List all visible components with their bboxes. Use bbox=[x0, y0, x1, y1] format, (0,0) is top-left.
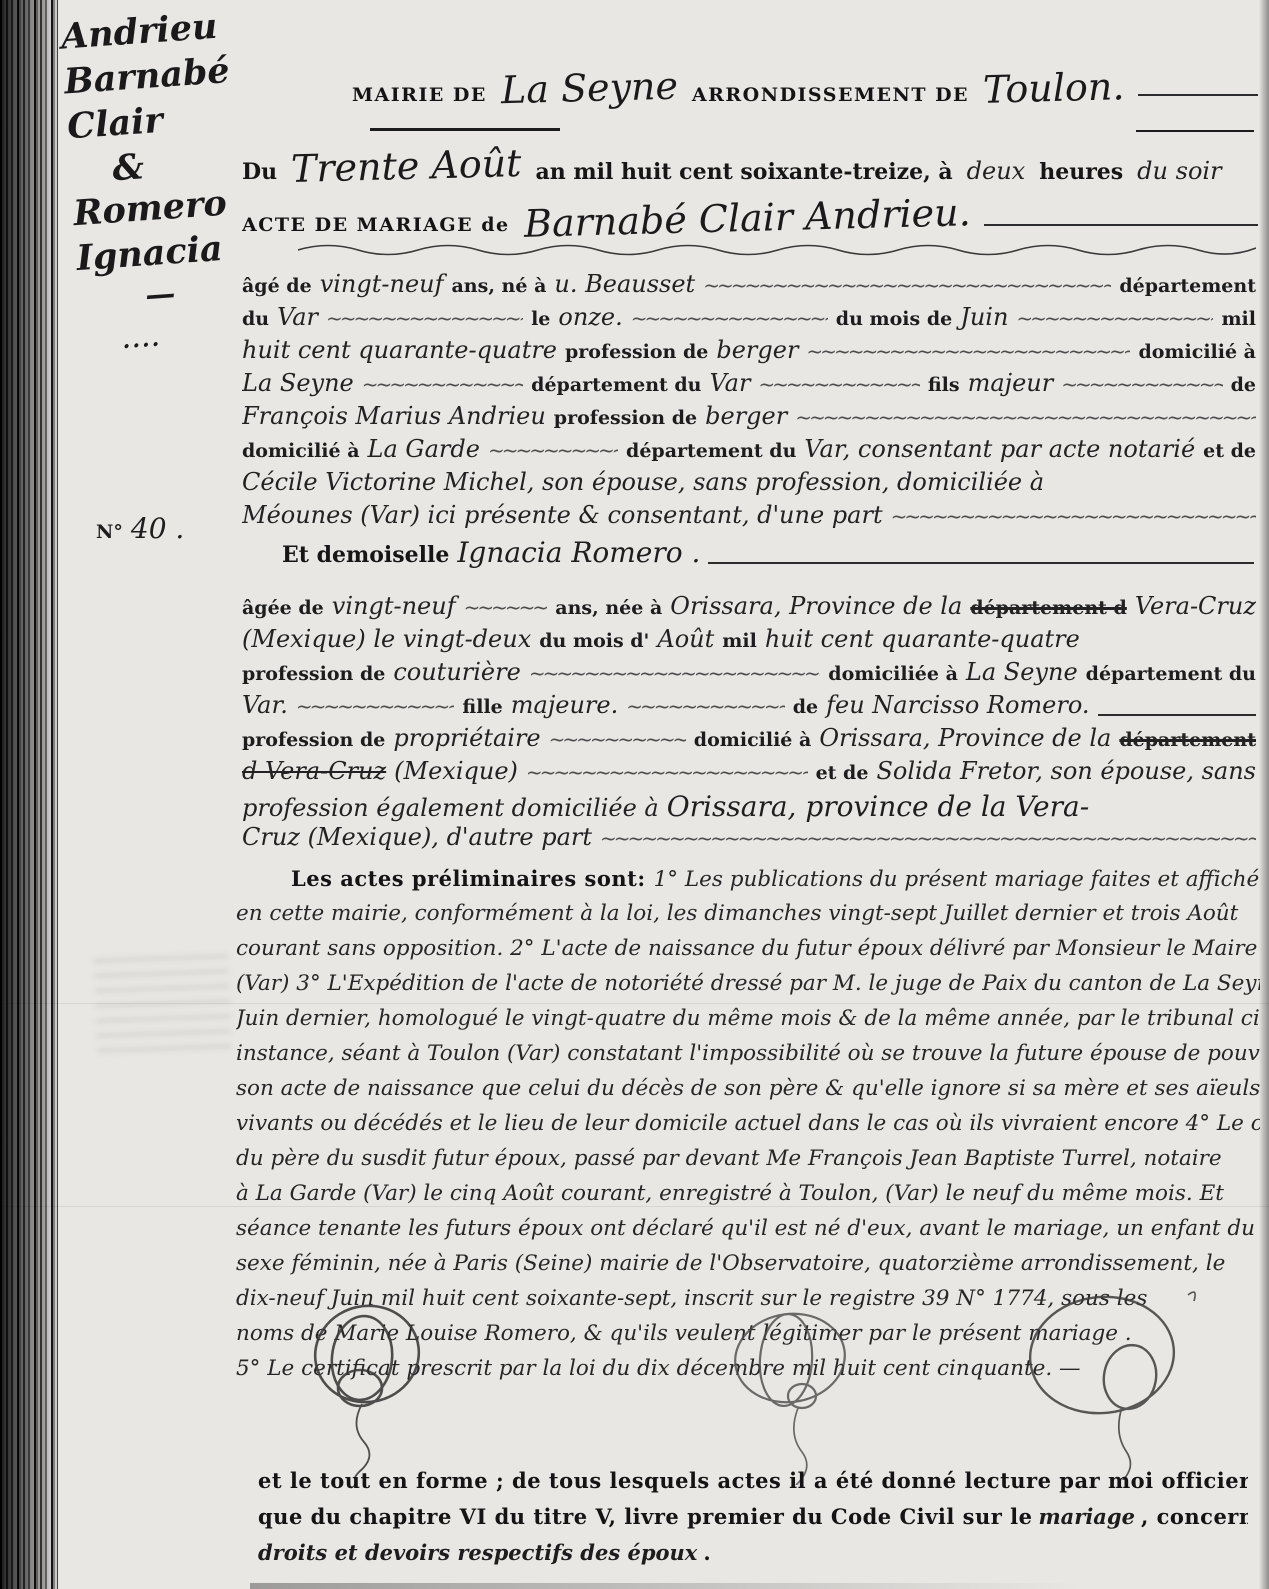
printed-text: fille bbox=[462, 696, 502, 718]
handwritten-text: La Seyne bbox=[242, 369, 354, 397]
handwritten-text: huit cent quarante-quatre bbox=[765, 625, 1080, 653]
text-line: Les actes préliminaires sont:1° Les publ… bbox=[236, 866, 1260, 901]
wavy-filler-line: ~~~~~~~~~~~~~~~~~~~~~~~~~~~~~~~~~~~~~~~~… bbox=[464, 595, 548, 619]
handwritten-text: u. Beausset bbox=[554, 270, 695, 298]
handwritten-text: 1° Les publications du présent mariage f… bbox=[654, 867, 1260, 892]
printed-text: et le tout en forme ; de tous lesquels a… bbox=[258, 1468, 1248, 1493]
handwritten-text: Orissara, Province de la bbox=[670, 592, 962, 620]
printed-label: ARRONDISSEMENT DE bbox=[692, 84, 969, 106]
handwritten-text: (Mexique) le vingt-deux bbox=[242, 625, 531, 653]
handwritten-text-line: en cette mairie, conformément à la loi, … bbox=[236, 901, 1260, 936]
rule-filler-line bbox=[1138, 80, 1258, 96]
scan-artifact-bottom bbox=[250, 1583, 1080, 1589]
wavy-filler-line: ~~~~~~~~~~~~~~~~~~~~~~~~~~~~~~~~~~~~~~~~… bbox=[795, 405, 1256, 429]
handwritten-text: (Mexique) bbox=[394, 757, 518, 785]
handwritten-text-line: vivants ou décédés et le lieu de leur do… bbox=[236, 1111, 1260, 1146]
wavy-filler-line: ~~~~~~~~~~~~~~~~~~~~~~~~~~~~~~~~~~~~~~~~… bbox=[296, 694, 455, 718]
printed-text: et de bbox=[816, 762, 869, 784]
handwritten-text: Trente Août bbox=[291, 144, 522, 188]
page-right-edge bbox=[1259, 0, 1269, 1589]
printed-text: , concernant bbox=[1141, 1504, 1248, 1529]
wavy-filler-line: ~~~~~~~~~~~~~~~~~~~~~~~~~~~~~~~~~~~~~~~~… bbox=[529, 661, 820, 685]
handwritten-text: La Seyne bbox=[500, 66, 678, 110]
text-line: que du chapitre VI du titre V, livre pre… bbox=[258, 1504, 1248, 1540]
handwritten-text: vingt-neuf bbox=[332, 592, 456, 620]
printed-text: du mois d' bbox=[539, 630, 649, 652]
handwritten-text: Solida Fretor, son épouse, sans bbox=[876, 757, 1256, 785]
text-line: profession également domiciliée àOrissar… bbox=[242, 790, 1256, 823]
header-date-line: DuTrente Aoûtan mil huit cent soixante-t… bbox=[242, 144, 1269, 188]
wavy-filler-line: ~~~~~~~~~~~~~~~~~~~~~~~~~~~~~~~~~~~~~~~~… bbox=[703, 273, 1111, 297]
printed-text: fils bbox=[928, 374, 960, 396]
printed-text: département du bbox=[1086, 663, 1256, 685]
text-line: âgé devingt-neufans, né àu. Beausset~~~~… bbox=[242, 270, 1256, 303]
handwritten-text: huit cent quarante-quatre bbox=[242, 336, 557, 364]
handwritten-text: La Garde bbox=[368, 435, 480, 463]
handwritten-text: Cécile Victorine Michel, son épouse, san… bbox=[242, 468, 1044, 496]
handwritten-text: Var, consentant par acte notarié bbox=[804, 435, 1195, 463]
text-line: duVar~~~~~~~~~~~~~~~~~~~~~~~~~~~~~~~~~~~… bbox=[242, 303, 1256, 336]
handwritten-text: Cruz (Mexique), d'autre part bbox=[242, 823, 592, 851]
handwritten-text: Ignacia Romero . bbox=[457, 536, 700, 569]
printed-text: du mois de bbox=[836, 308, 952, 330]
wavy-filler-line: ~~~~~~~~~~~~~~~~~~~~~~~~~~~~~~~~~~~~~~~~… bbox=[326, 306, 523, 330]
text-line: profession depropriétaire~~~~~~~~~~~~~~~… bbox=[242, 724, 1256, 757]
text-line: droits et devoirs respectifs des époux. bbox=[258, 1540, 1248, 1576]
handwritten-text: profession également domiciliée à bbox=[242, 794, 659, 822]
printed-text: N° bbox=[96, 521, 123, 543]
handwritten-text: Barnabé Clair Andrieu. bbox=[523, 196, 971, 240]
header-acte-line: ACTE DE MARIAGE deBarnabé Clair Andrieu. bbox=[242, 196, 1258, 240]
text-line: François Marius Andrieuprofession deberg… bbox=[242, 402, 1256, 435]
wavy-filler-line: ~~~~~~~~~~~~~~~~~~~~~~~~~~~~~~~~~~~~~~~~… bbox=[600, 826, 1256, 850]
struck-printed-text: département d bbox=[970, 597, 1127, 619]
printed-text: domicilié à bbox=[694, 729, 812, 751]
handwritten-text: Var bbox=[277, 303, 318, 331]
printed-text: et de bbox=[1203, 440, 1256, 462]
handwritten-text-line: instance, séant à Toulon (Var) constatan… bbox=[236, 1041, 1260, 1076]
text-line: profession decouturière~~~~~~~~~~~~~~~~~… bbox=[242, 658, 1256, 691]
handwritten-text-line: Juin dernier, homologué le vingt-quatre … bbox=[236, 1006, 1260, 1041]
printed-text: de bbox=[1231, 374, 1256, 396]
printed-text: profession de bbox=[242, 729, 385, 751]
handwritten-text: Août bbox=[657, 625, 714, 653]
handwritten-text-line: à La Garde (Var) le cinq Août courant, e… bbox=[236, 1181, 1260, 1216]
wavy-filler-line: ~~~~~~~~~~~~~~~~~~~~~~~~~~~~~~~~~~~~~~~~… bbox=[549, 727, 686, 751]
printed-text: domicilié à bbox=[242, 440, 360, 462]
handwritten-text: Toulon. bbox=[982, 66, 1124, 110]
header-underline bbox=[1136, 130, 1254, 132]
printed-text: profession de bbox=[565, 341, 708, 363]
handwritten-text: Juin bbox=[960, 303, 1008, 331]
header-mairie-line: MAIRIE DELa SeyneARRONDISSEMENT DEToulon… bbox=[352, 66, 1258, 110]
handwritten-text: berger bbox=[705, 402, 787, 430]
printed-text: domiciliée à bbox=[828, 663, 958, 685]
handwritten-text: Var bbox=[710, 369, 751, 397]
text-line: d Vera-Cruz(Mexique)~~~~~~~~~~~~~~~~~~~~… bbox=[242, 757, 1256, 790]
handwritten-text: Orissara, province de la Vera- bbox=[667, 790, 1089, 823]
handwritten-text: vingt-neuf bbox=[320, 270, 444, 298]
wavy-filler-line: ~~~~~~~~~~~~~~~~~~~~~~~~~~~~~~~~~~~~~~~~… bbox=[1016, 306, 1213, 330]
handwritten-text: 40 . bbox=[131, 512, 184, 545]
printed-text: mil bbox=[1221, 308, 1256, 330]
printed-text: que du chapitre VI du titre V, livre pre… bbox=[258, 1504, 1032, 1529]
wavy-filler-line: ~~~~~~~~~~~~~~~~~~~~~~~~~~~~~~~~~~~~~~~~… bbox=[1061, 372, 1222, 396]
printed-text: de bbox=[793, 696, 818, 718]
text-line: Cruz (Mexique), d'autre part~~~~~~~~~~~~… bbox=[242, 823, 1256, 856]
margin-party-names: AndrieuBarnabéClair&RomeroIgnacia—.... bbox=[60, 4, 265, 376]
handwritten-text: deux bbox=[967, 157, 1026, 185]
handwritten-text: majeure. bbox=[511, 691, 618, 719]
handwritten-text-line: courant sans opposition. 2° L'acte de na… bbox=[236, 936, 1260, 971]
handwritten-text: La Seyne bbox=[966, 658, 1078, 686]
text-line: Var.~~~~~~~~~~~~~~~~~~~~~~~~~~~~~~~~~~~~… bbox=[242, 691, 1256, 724]
signature-flourish bbox=[690, 1300, 890, 1485]
printed-text: an mil huit cent soixante-treize, à bbox=[535, 159, 952, 185]
handwritten-text: du soir bbox=[1137, 157, 1221, 185]
text-line: et le tout en forme ; de tous lesquels a… bbox=[258, 1468, 1248, 1504]
rule-filler-line bbox=[1098, 700, 1257, 716]
groom-details-paragraph: âgé devingt-neufans, né àu. Beausset~~~~… bbox=[242, 270, 1256, 534]
handwritten-text: Var. bbox=[242, 691, 288, 719]
printed-text: département bbox=[1119, 275, 1256, 297]
book-binding-edge bbox=[0, 0, 58, 1589]
wavy-filler-line: ~~~~~~~~~~~~~~~~~~~~~~~~~~~~~~~~~~~~~~~~… bbox=[488, 438, 618, 462]
closing-paragraph: et le tout en forme ; de tous lesquels a… bbox=[258, 1468, 1248, 1576]
bride-intro-line: Et demoiselleIgnacia Romero . bbox=[282, 536, 1254, 576]
wavy-filler-line: ~~~~~~~~~~~~~~~~~~~~~~~~~~~~~~~~~~~~~~~~… bbox=[758, 372, 919, 396]
handwritten-text-line: sexe féminin, née à Paris (Seine) mairie… bbox=[236, 1251, 1260, 1286]
printed-text: département du bbox=[531, 374, 701, 396]
text-line: (Mexique) le vingt-deuxdu mois d'Aoûtmil… bbox=[242, 625, 1256, 658]
bride-details-paragraph: âgée devingt-neuf~~~~~~~~~~~~~~~~~~~~~~~… bbox=[242, 592, 1256, 856]
handwritten-text: Vera-Cruz bbox=[1135, 592, 1256, 620]
printed-italic-text: droits et devoirs respectifs des époux bbox=[258, 1540, 697, 1565]
printed-italic-text: mariage bbox=[1038, 1504, 1135, 1529]
printed-text: . bbox=[703, 1540, 711, 1565]
handwritten-text: couturière bbox=[393, 658, 520, 686]
document-page: AndrieuBarnabéClair&RomeroIgnacia—.... N… bbox=[0, 0, 1269, 1589]
handwritten-text-line: (Var) 3° L'Expédition de l'acte de notor… bbox=[236, 971, 1260, 1006]
text-line: Méounes (Var) ici présente & consentant,… bbox=[242, 501, 1256, 534]
wavy-filler-line: ~~~~~~~~~~~~~~~~~~~~~~~~~~~~~~~~~~~~~~~~… bbox=[626, 694, 785, 718]
handwritten-text: François Marius Andrieu bbox=[242, 402, 546, 430]
printed-text: Les actes préliminaires sont: bbox=[291, 866, 646, 891]
text-line: La Seyne~~~~~~~~~~~~~~~~~~~~~~~~~~~~~~~~… bbox=[242, 369, 1256, 402]
printed-text: Du bbox=[242, 159, 277, 185]
handwritten-text: majeur bbox=[968, 369, 1054, 397]
printed-text: profession de bbox=[242, 663, 385, 685]
text-line: Cécile Victorine Michel, son épouse, san… bbox=[242, 468, 1256, 501]
struck-printed-text: département bbox=[1119, 729, 1256, 751]
printed-label: ACTE DE MARIAGE de bbox=[242, 214, 510, 236]
handwritten-text-line: du père du susdit futur époux, passé par… bbox=[236, 1146, 1260, 1181]
printed-text: Et demoiselle bbox=[282, 542, 449, 568]
printed-text: ans, née à bbox=[555, 597, 662, 619]
struck-handwritten-text: d Vera-Cruz bbox=[242, 757, 386, 785]
printed-label: MAIRIE DE bbox=[352, 84, 487, 106]
handwritten-text-line: son acte de naissance que celui du décès… bbox=[236, 1076, 1260, 1111]
rule-filler-line bbox=[984, 210, 1258, 226]
printed-text: domicilié à bbox=[1138, 341, 1256, 363]
rule-filler-line bbox=[708, 548, 1254, 564]
wavy-divider bbox=[298, 240, 1256, 256]
printed-text: âgé de bbox=[242, 275, 312, 297]
handwritten-text: feu Narcisso Romero. bbox=[826, 691, 1089, 719]
handwritten-text: Orissara, Province de la bbox=[819, 724, 1111, 752]
wavy-filler-line: ~~~~~~~~~~~~~~~~~~~~~~~~~~~~~~~~~~~~~~~~… bbox=[526, 760, 808, 784]
handwritten-text: propriétaire bbox=[393, 724, 540, 752]
handwritten-text-line: séance tenante les futurs époux ont décl… bbox=[236, 1216, 1260, 1251]
wavy-filler-line: ~~~~~~~~~~~~~~~~~~~~~~~~~~~~~~~~~~~~~~~~… bbox=[806, 339, 1130, 363]
printed-text: du bbox=[242, 308, 269, 330]
printed-text: âgée de bbox=[242, 597, 324, 619]
wavy-filler-line: ~~~~~~~~~~~~~~~~~~~~~~~~~~~~~~~~~~~~~~~~… bbox=[891, 504, 1256, 528]
handwritten-text: berger bbox=[716, 336, 798, 364]
wavy-filler-line: ~~~~~~~~~~~~~~~~~~~~~~~~~~~~~~~~~~~~~~~~… bbox=[631, 306, 828, 330]
printed-text: ans, né à bbox=[452, 275, 547, 297]
text-line: huit cent quarante-quatreprofession debe… bbox=[242, 336, 1256, 369]
text-line: domicilié àLa Garde~~~~~~~~~~~~~~~~~~~~~… bbox=[242, 435, 1256, 468]
text-line: âgée devingt-neuf~~~~~~~~~~~~~~~~~~~~~~~… bbox=[242, 592, 1256, 625]
handwritten-text: onze. bbox=[558, 303, 622, 331]
printed-text: département du bbox=[626, 440, 796, 462]
act-number: N°40 . bbox=[96, 512, 256, 545]
printed-text: mil bbox=[722, 630, 757, 652]
wavy-filler-line: ~~~~~~~~~~~~~~~~~~~~~~~~~~~~~~~~~~~~~~~~… bbox=[362, 372, 523, 396]
signature-flourish bbox=[992, 1285, 1222, 1480]
printed-text: heures bbox=[1039, 159, 1123, 185]
signature-flourish bbox=[262, 1292, 472, 1477]
printed-text: le bbox=[531, 308, 550, 330]
header-underline bbox=[370, 128, 560, 131]
handwritten-text: Méounes (Var) ici présente & consentant,… bbox=[242, 501, 883, 529]
printed-text: profession de bbox=[554, 407, 697, 429]
